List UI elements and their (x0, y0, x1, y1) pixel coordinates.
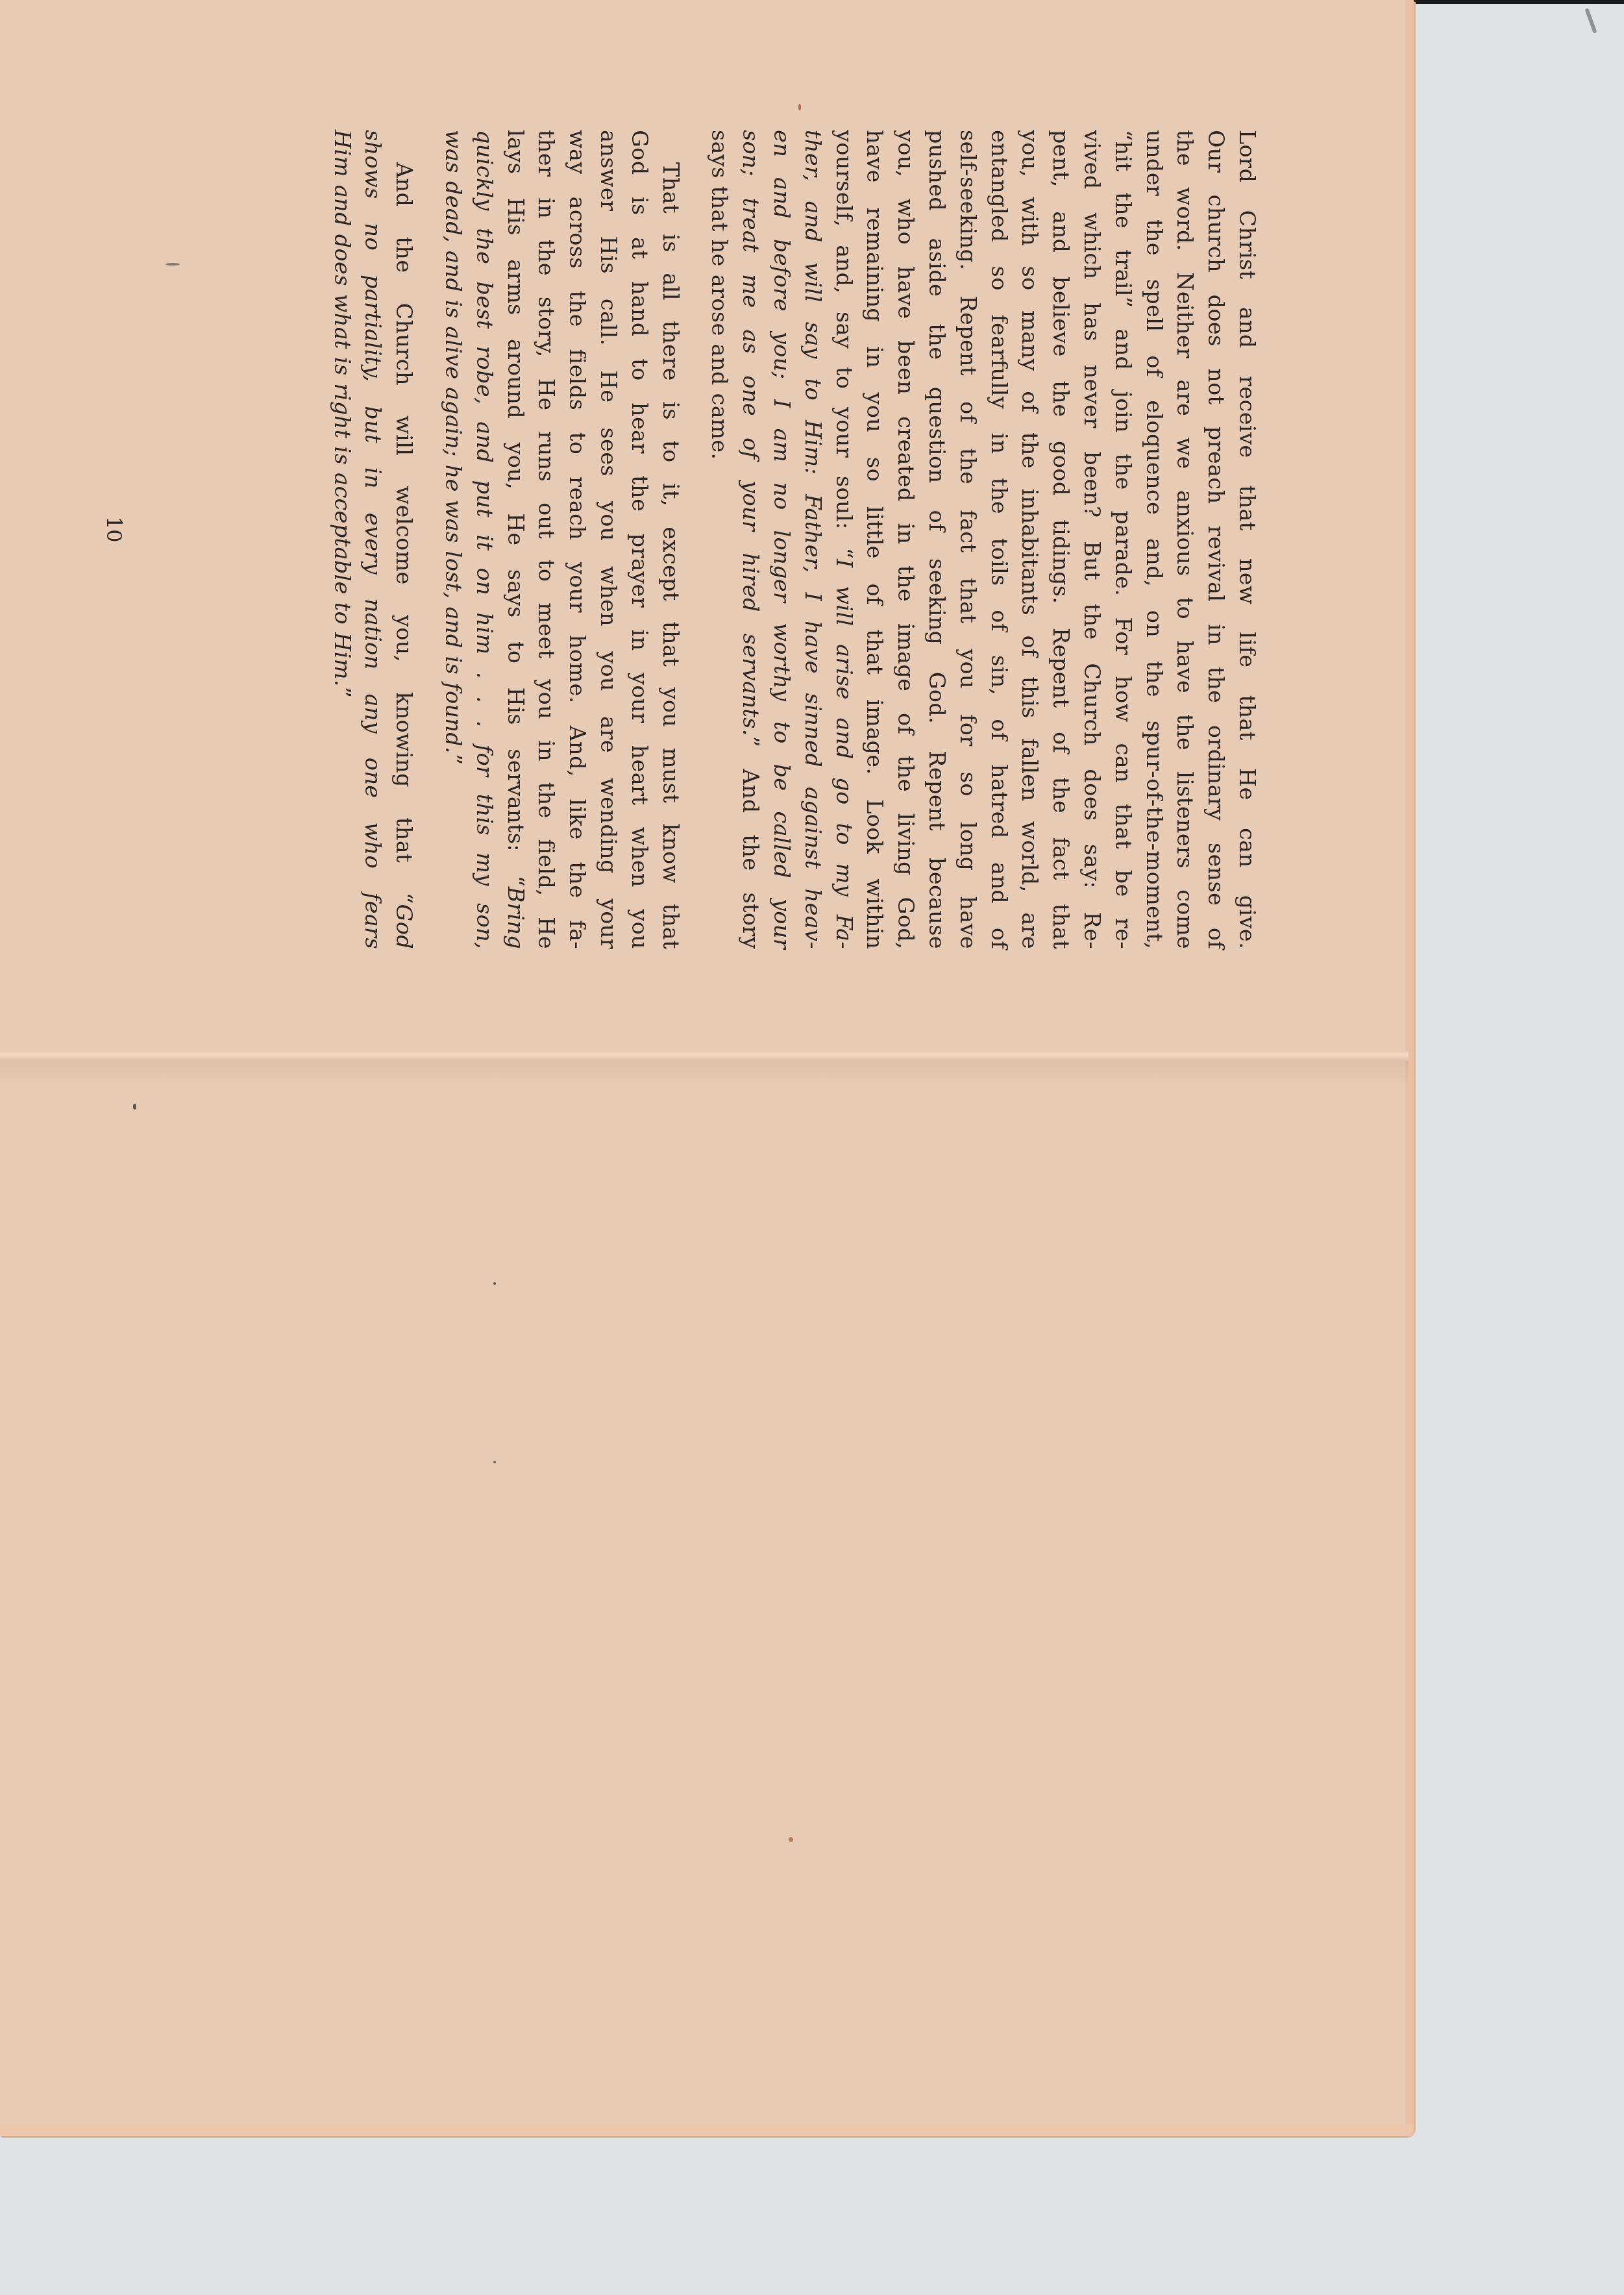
text-run: self-seeking. Repent of the fact that yo… (955, 130, 981, 949)
text-run: Our church does not preach revival in th… (1203, 130, 1229, 949)
scanner-dust-mark (1584, 8, 1597, 34)
text-line: “hit the trail” and join the parade. For… (1107, 130, 1138, 949)
text-line: God is at hand to hear the prayer in you… (624, 130, 655, 949)
text-run: the word. Neither are we anxious to have… (1172, 130, 1198, 949)
italic-quote-text: Bring (503, 887, 528, 949)
text-run: ther in the story, He runs out to meet y… (534, 130, 559, 949)
text-run: have remaining in you so little of that … (862, 130, 887, 949)
scanner-lid-edge (1412, 0, 1624, 4)
paragraph: That is all there is to it, except that … (437, 130, 685, 949)
text-line: answer His call. He sees you when you ar… (593, 130, 624, 949)
text-line: under the spell of eloquence and, on the… (1138, 130, 1170, 949)
text-run: Lord Christ and receive that new life th… (1235, 130, 1260, 949)
paragraph: Lord Christ and receive that new life th… (704, 130, 1262, 949)
text-run: ” (330, 687, 355, 698)
italic-quote-text: I will arise and go to my Fa- (831, 559, 857, 949)
text-line: says that he arose and came. (704, 130, 735, 949)
text-run: you, who have been created in the image … (893, 130, 918, 949)
text-run: says that he arose and came. (707, 130, 732, 460)
text-run: answer His call. He sees you when you ar… (596, 130, 621, 949)
text-line: That is all there is to it, except that … (655, 130, 686, 949)
text-run: entangled so fearfully in the toils of s… (987, 130, 1012, 949)
text-line: And the Church will welcome you, knowing… (388, 130, 419, 949)
italic-quote-text: shows no partiality, but in every nation… (360, 130, 386, 949)
text-line: you, with so many of the inhabitants of … (1015, 130, 1046, 949)
italic-quote-text: was dead, and is alive again; he was los… (441, 130, 466, 754)
text-line: en and before you; I am no longer worthy… (766, 130, 797, 949)
text-run: God is at hand to hear the prayer in you… (627, 130, 652, 949)
text-run: ” (441, 754, 466, 765)
text-line: lays His arms around you, He says to His… (500, 130, 531, 949)
paragraph: And the Church will welcome you, knowing… (326, 130, 419, 949)
text-run: you, with so many of the inhabitants of … (1017, 130, 1042, 949)
italic-quote-text: ther, and will say to Him: Father, I hav… (800, 130, 826, 949)
page-number: 10 (102, 516, 127, 543)
text-line: yourself, and, say to your soul: “I will… (828, 130, 859, 949)
text-run: under the spell of eloquence and, on the… (1142, 130, 1167, 949)
text-run: pushed aside the question of seeking God… (924, 130, 950, 949)
text-line: Lord Christ and receive that new life th… (1231, 130, 1262, 949)
text-run: vived which has never been? But the Chur… (1079, 130, 1105, 949)
rotated-page-content: Lord Christ and receive that new life th… (0, 0, 1409, 2136)
text-line: you, who have been created in the image … (890, 130, 921, 949)
text-line: the word. Neither are we anxious to have… (1170, 130, 1201, 949)
italic-quote-text: God (391, 904, 417, 949)
text-run: pent, and believe the good tidings. Repe… (1048, 130, 1074, 949)
italic-quote-text: son; treat me as one of your hired serva… (738, 130, 763, 736)
italic-quote-text: Him and does what is right is acceptable… (330, 130, 355, 687)
text-run: And the Church will welcome you, knowing… (391, 162, 417, 904)
text-run: ” And the story (738, 736, 763, 949)
text-line: ther in the story, He runs out to meet y… (531, 130, 562, 949)
italic-quote-text: quickly the best robe, and put it on him… (472, 130, 497, 949)
text-line: ther, and will say to Him: Father, I hav… (797, 130, 828, 949)
text-line: Our church does not preach revival in th… (1200, 130, 1231, 949)
text-line: have remaining in you so little of that … (859, 130, 891, 949)
text-line: son; treat me as one of your hired serva… (735, 130, 766, 949)
text-line: Him and does what is right is acceptable… (326, 130, 358, 949)
text-line: entangled so fearfully in the toils of s… (983, 130, 1015, 949)
text-line: vived which has never been? But the Chur… (1076, 130, 1107, 949)
text-line: pushed aside the question of seeking God… (921, 130, 952, 949)
text-line: pent, and believe the good tidings. Repe… (1045, 130, 1076, 949)
text-line: self-seeking. Repent of the fact that yo… (952, 130, 983, 949)
text-line: quickly the best robe, and put it on him… (469, 130, 500, 949)
text-line: shows no partiality, but in every nation… (358, 130, 389, 949)
text-run: That is all there is to it, except that … (658, 162, 683, 949)
text-run: “hit the trail” and join the parade. For… (1111, 130, 1136, 949)
text-run: yourself, and, say to your soul: “ (831, 130, 857, 559)
text-line: was dead, and is alive again; he was los… (437, 130, 469, 949)
body-text: Lord Christ and receive that new life th… (326, 130, 1262, 949)
text-line: way across the fields to reach your home… (561, 130, 593, 949)
text-run: way across the fields to reach your home… (565, 130, 590, 949)
italic-quote-text: en and before you; I am no longer worthy… (769, 130, 794, 949)
text-run: lays His arms around you, He says to His… (503, 130, 528, 887)
